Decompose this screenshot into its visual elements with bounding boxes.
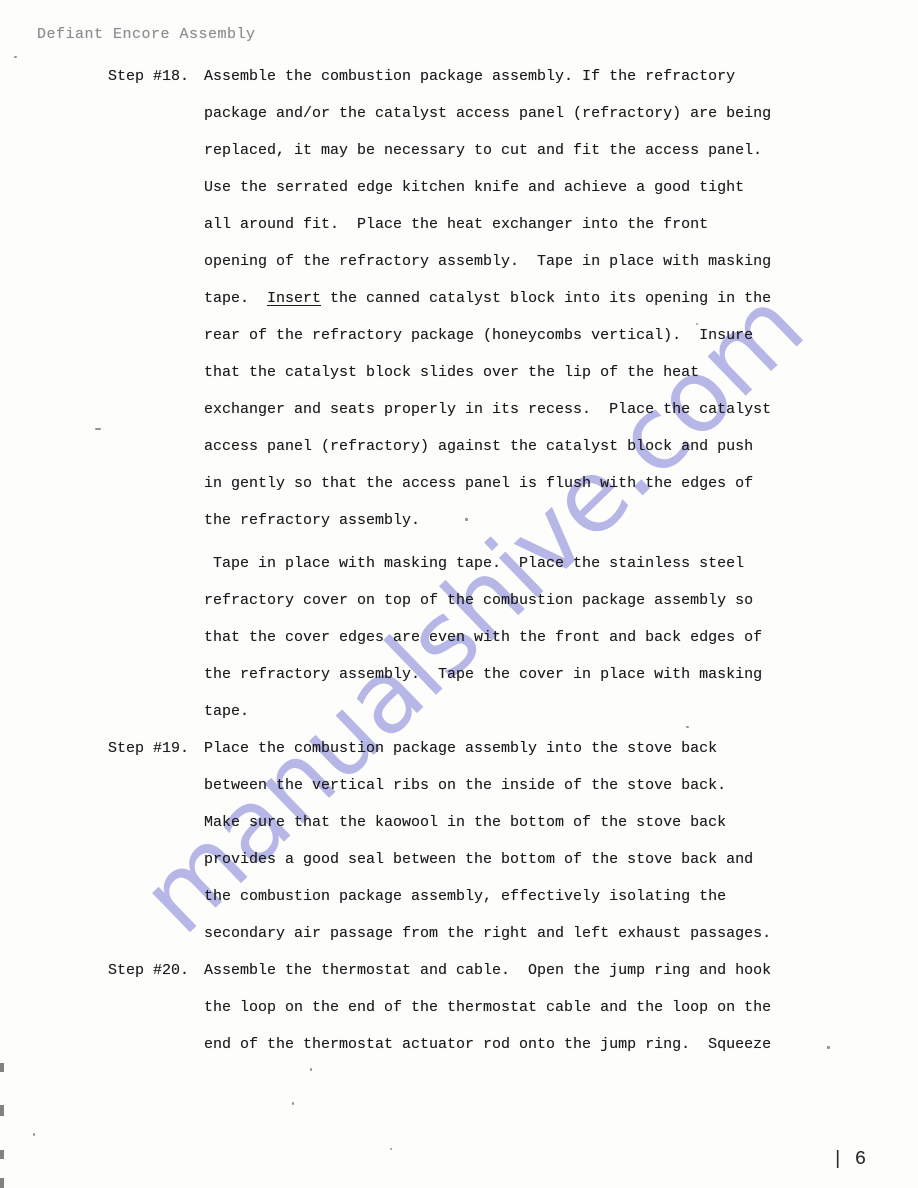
text-line: Assemble the thermostat and cable. Open … — [204, 952, 918, 989]
text-line: in gently so that the access panel is fl… — [204, 465, 918, 502]
text-line: Assemble the combustion package assembly… — [204, 58, 918, 95]
scan-speck — [95, 428, 101, 430]
text-line: Place the combustion package assembly in… — [204, 730, 918, 767]
text-line: provides a good seal between the bottom … — [204, 841, 918, 878]
paragraph: Assemble the combustion package assembly… — [204, 58, 918, 539]
text-line: Tape in place with masking tape. Place t… — [204, 545, 918, 582]
step-row: Step #20.Assemble the thermostat and cab… — [0, 952, 918, 1063]
text-line: the combustion package assembly, effecti… — [204, 878, 918, 915]
scan-speck — [827, 1046, 830, 1049]
text-line: package and/or the catalyst access panel… — [204, 95, 918, 132]
document-page: Defiant Encore Assembly Step #18.Assembl… — [0, 0, 918, 1188]
step-body: Place the combustion package assembly in… — [204, 730, 918, 952]
text-line: access panel (refractory) against the ca… — [204, 428, 918, 465]
text-line: that the catalyst block slides over the … — [204, 354, 918, 391]
step-label: Step #19. — [108, 730, 204, 952]
text-line: all around fit. Place the heat exchanger… — [204, 206, 918, 243]
page-number: | 6 — [832, 1148, 866, 1170]
text-line: replaced, it may be necessary to cut and… — [204, 132, 918, 169]
scan-speck — [390, 1148, 392, 1150]
step-label: Step #18. — [108, 58, 204, 730]
scan-edge-mark — [0, 1178, 4, 1188]
text-line: the refractory assembly. Tape the cover … — [204, 656, 918, 693]
scan-edge-mark — [0, 1105, 4, 1116]
text-line: the loop on the end of the thermostat ca… — [204, 989, 918, 1026]
text-line: opening of the refractory assembly. Tape… — [204, 243, 918, 280]
paragraph: Place the combustion package assembly in… — [204, 730, 918, 952]
step-body: Assemble the combustion package assembly… — [204, 58, 918, 730]
step-row: Step #19.Place the combustion package as… — [0, 730, 918, 952]
scan-speck — [696, 323, 698, 325]
scan-speck — [465, 518, 468, 521]
paragraph: Tape in place with masking tape. Place t… — [204, 545, 918, 730]
text-line: between the vertical ribs on the inside … — [204, 767, 918, 804]
text-line: refractory cover on top of the combustio… — [204, 582, 918, 619]
text-line: secondary air passage from the right and… — [204, 915, 918, 952]
scan-speck — [33, 1133, 35, 1136]
page-header: Defiant Encore Assembly — [37, 26, 256, 43]
text-line: rear of the refractory package (honeycom… — [204, 317, 918, 354]
underlined-word: Insert — [267, 290, 321, 307]
scan-speck — [310, 1068, 312, 1071]
text-line: end of the thermostat actuator rod onto … — [204, 1026, 918, 1063]
scan-speck — [292, 1102, 294, 1105]
text-line: tape. — [204, 693, 918, 730]
steps: Step #18.Assemble the combustion package… — [0, 58, 918, 1063]
text-line: the refractory assembly. — [204, 502, 918, 539]
text-line: exchanger and seats properly in its rece… — [204, 391, 918, 428]
paragraph: Assemble the thermostat and cable. Open … — [204, 952, 918, 1063]
text-line: Make sure that the kaowool in the bottom… — [204, 804, 918, 841]
text-line: tape. Insert the canned catalyst block i… — [204, 280, 918, 317]
step-body: Assemble the thermostat and cable. Open … — [204, 952, 918, 1063]
text-line: Use the serrated edge kitchen knife and … — [204, 169, 918, 206]
scan-edge-mark — [0, 1150, 4, 1159]
step-label: Step #20. — [108, 952, 204, 1063]
scan-speck — [14, 56, 17, 58]
scan-speck — [686, 726, 689, 728]
text-line: that the cover edges are even with the f… — [204, 619, 918, 656]
step-row: Step #18.Assemble the combustion package… — [0, 58, 918, 730]
scan-edge-mark — [0, 1063, 4, 1072]
